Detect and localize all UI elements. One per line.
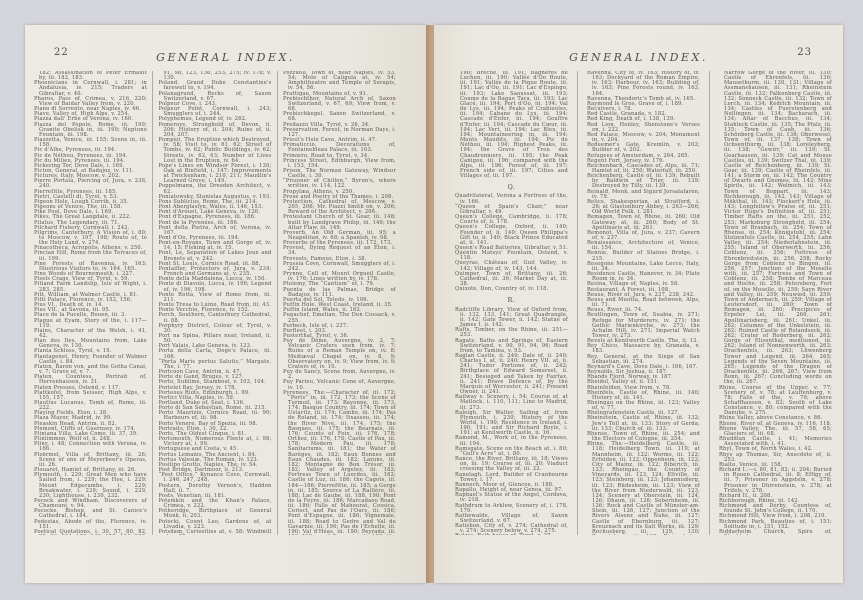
index-entry: Rheinstein, Castle of, Rhine, iii. 132; … <box>587 416 700 431</box>
index-entry: Ravenna, City of, iv. 163; History of, i… <box>587 71 700 97</box>
index-entry: Pilgrims, Canterbury, A Vision of, i. 80… <box>34 231 147 246</box>
index-entry: Railway v. Scenery, i. 54; Course of, at… <box>455 395 568 410</box>
index-entry: Narrow Gorge of the River, iii. 130; Cas… <box>719 71 832 386</box>
index-column: 91, 98, 123, 136, 253, 275; iv. 178; v. … <box>159 71 272 535</box>
page-right: GENERAL INDEX. 23 190; Brèche, iii. 191;… <box>434 25 843 583</box>
index-entry: 190; Brèche, iii. 191; Bagnères de Lucho… <box>455 71 568 179</box>
page-number-left: 22 <box>54 47 69 58</box>
section-heading: Q. <box>455 185 568 190</box>
index-entry: Puy de Dôme, Auvergne, iv. 2, 7; Volcani… <box>283 339 396 370</box>
column-rule <box>277 71 278 535</box>
index-entry: Pomeroys, Stronghold of, Devon, ii. 206;… <box>159 123 272 138</box>
running-title-left: GENERAL INDEX. <box>156 51 295 64</box>
index-entry: Pyrenees, The:—Character of, iii. 172; “… <box>283 391 396 535</box>
index-entry: Rafts, Timber, on the Rhine, iii. 251—25… <box>455 328 568 338</box>
index-entry: Protection, Cathedral of, Moscow, v. 205… <box>283 200 396 215</box>
index-entry: Raglan Castle, ii. 240; Dale of, ii. 240… <box>455 354 568 395</box>
index-entry: Primaticcio, Decorations of, Fontaineble… <box>283 143 396 153</box>
index-entry: Ratzes, Bath-house of, Tyrol, v. 27. <box>455 534 568 535</box>
page-left-header: 22 GENERAL INDEX. <box>25 46 426 60</box>
index-entry: “Post Office,” Kynance Cove, Cornwall, i… <box>159 473 272 483</box>
index-entry: Pozzuoli, Town of, near Naples, iv. 53, … <box>283 71 396 92</box>
index-entry: Potsdam, Curiosities at, v. 58; Windmill… <box>159 530 272 535</box>
index-columns-left: 182; Assassination of Peter Ermault by, … <box>25 71 426 535</box>
index-column: Narrow Gorge of the River, iii. 130; Cas… <box>719 71 832 535</box>
index-entry: Ragatz, Baths and Springs of, Eastern Sw… <box>455 339 568 354</box>
index-entry: Protestant Church of St. Goar, iii. 148;… <box>283 215 396 230</box>
index-entry: Quixote, Don, Country of, iv. 118. <box>455 287 568 292</box>
column-rule <box>577 71 578 535</box>
index-column: Pozzuoli, Town of, near Naples, iv. 53, … <box>283 71 396 535</box>
index-entry: Radcliffe Library, View of Oxford from, … <box>455 308 568 329</box>
index-entry: Ploërmel, Villa of, Brittany, iii. 26; S… <box>34 453 147 468</box>
index-entry: Queen's College, Oxford, ii. 140; Founde… <box>455 225 568 246</box>
index-column: Ravenna, City of, iv. 163; History of, i… <box>587 71 700 535</box>
page-left: 22 GENERAL INDEX. 182; Assassination of … <box>25 25 426 583</box>
index-columns-right: 190; Brèche, iii. 191; Bagnères de Lucho… <box>434 71 843 535</box>
index-entry: Raphael's Statue of the Angel, Cordova, … <box>455 493 568 503</box>
index-entry: Prebischthor, Natural Arch of, Saxon Swi… <box>283 97 396 112</box>
index-column: 190; Brèche, iii. 191; Bagnères de Lucho… <box>455 71 568 535</box>
index-entry: Rance, the River, Brittany, iii. 18; Vie… <box>455 457 568 472</box>
index-entry: Redeemer's Gate, Kremlin, v. 202; Builde… <box>587 143 700 153</box>
index-entry: Relics, Shakesperian, at Stratford, i. 2… <box>587 200 700 215</box>
column-rule <box>152 71 153 535</box>
running-title-right: GENERAL INDEX. <box>569 51 708 64</box>
index-entry: Plymouth, i. 229; Great Men who have Sai… <box>34 473 147 499</box>
book-gutter <box>426 25 434 583</box>
index-entry: Richard I.:—i. 80, 81, 82; ii. 204; Buri… <box>719 468 832 494</box>
index-entry: Reutlingen, Town of, Suabia, iv. 271; Re… <box>587 313 700 339</box>
index-entry: Pope's Lines on Windsor Forest, i. 130; … <box>159 164 272 185</box>
section-heading: R. <box>455 298 568 303</box>
index-entry: Piazza del Popolo, Rome, iii. 199; Grani… <box>34 123 147 138</box>
index-entry: Remagen, Town of, Rhine, iii. 260; Old G… <box>587 215 700 230</box>
column-rule <box>709 71 710 535</box>
index-entry: Reichenberg, Castle of, iii. 139; Rebuil… <box>587 174 700 189</box>
index-entry: Poetical Quotations, i. 30, 57, 80, 82, … <box>34 530 147 535</box>
page-right-header: GENERAL INDEX. 23 <box>434 46 843 60</box>
index-entry: Platen, Countess, Portrait of, Herrenhau… <box>34 375 147 385</box>
index-entry: Riddarholm Church, Spire of, Stockholm, <box>719 530 832 535</box>
index-column: 182; Assassination of Peter Ermault by, … <box>34 71 147 535</box>
book-spread: 22 GENERAL INDEX. 182; Assassination of … <box>0 0 863 600</box>
index-entry: Phoenicians in Cornwall, i. 281; in Anda… <box>34 81 147 96</box>
index-entry: Raleigh, Sir Walter, Sailing of, from Pl… <box>455 411 568 437</box>
page-number-right: 23 <box>797 47 812 58</box>
index-entry: Rhine, Course of the Upper, v. 77; Scene… <box>719 386 832 417</box>
index-entry: Pompeii, The Eruption which Destroyed, i… <box>159 138 272 164</box>
index-entry: Quimper, Town of, Brittany, iii. 26; Cat… <box>455 272 568 287</box>
index-entry: Rhine, The:—Heidelberg Castle, iii. 118;… <box>587 442 700 535</box>
